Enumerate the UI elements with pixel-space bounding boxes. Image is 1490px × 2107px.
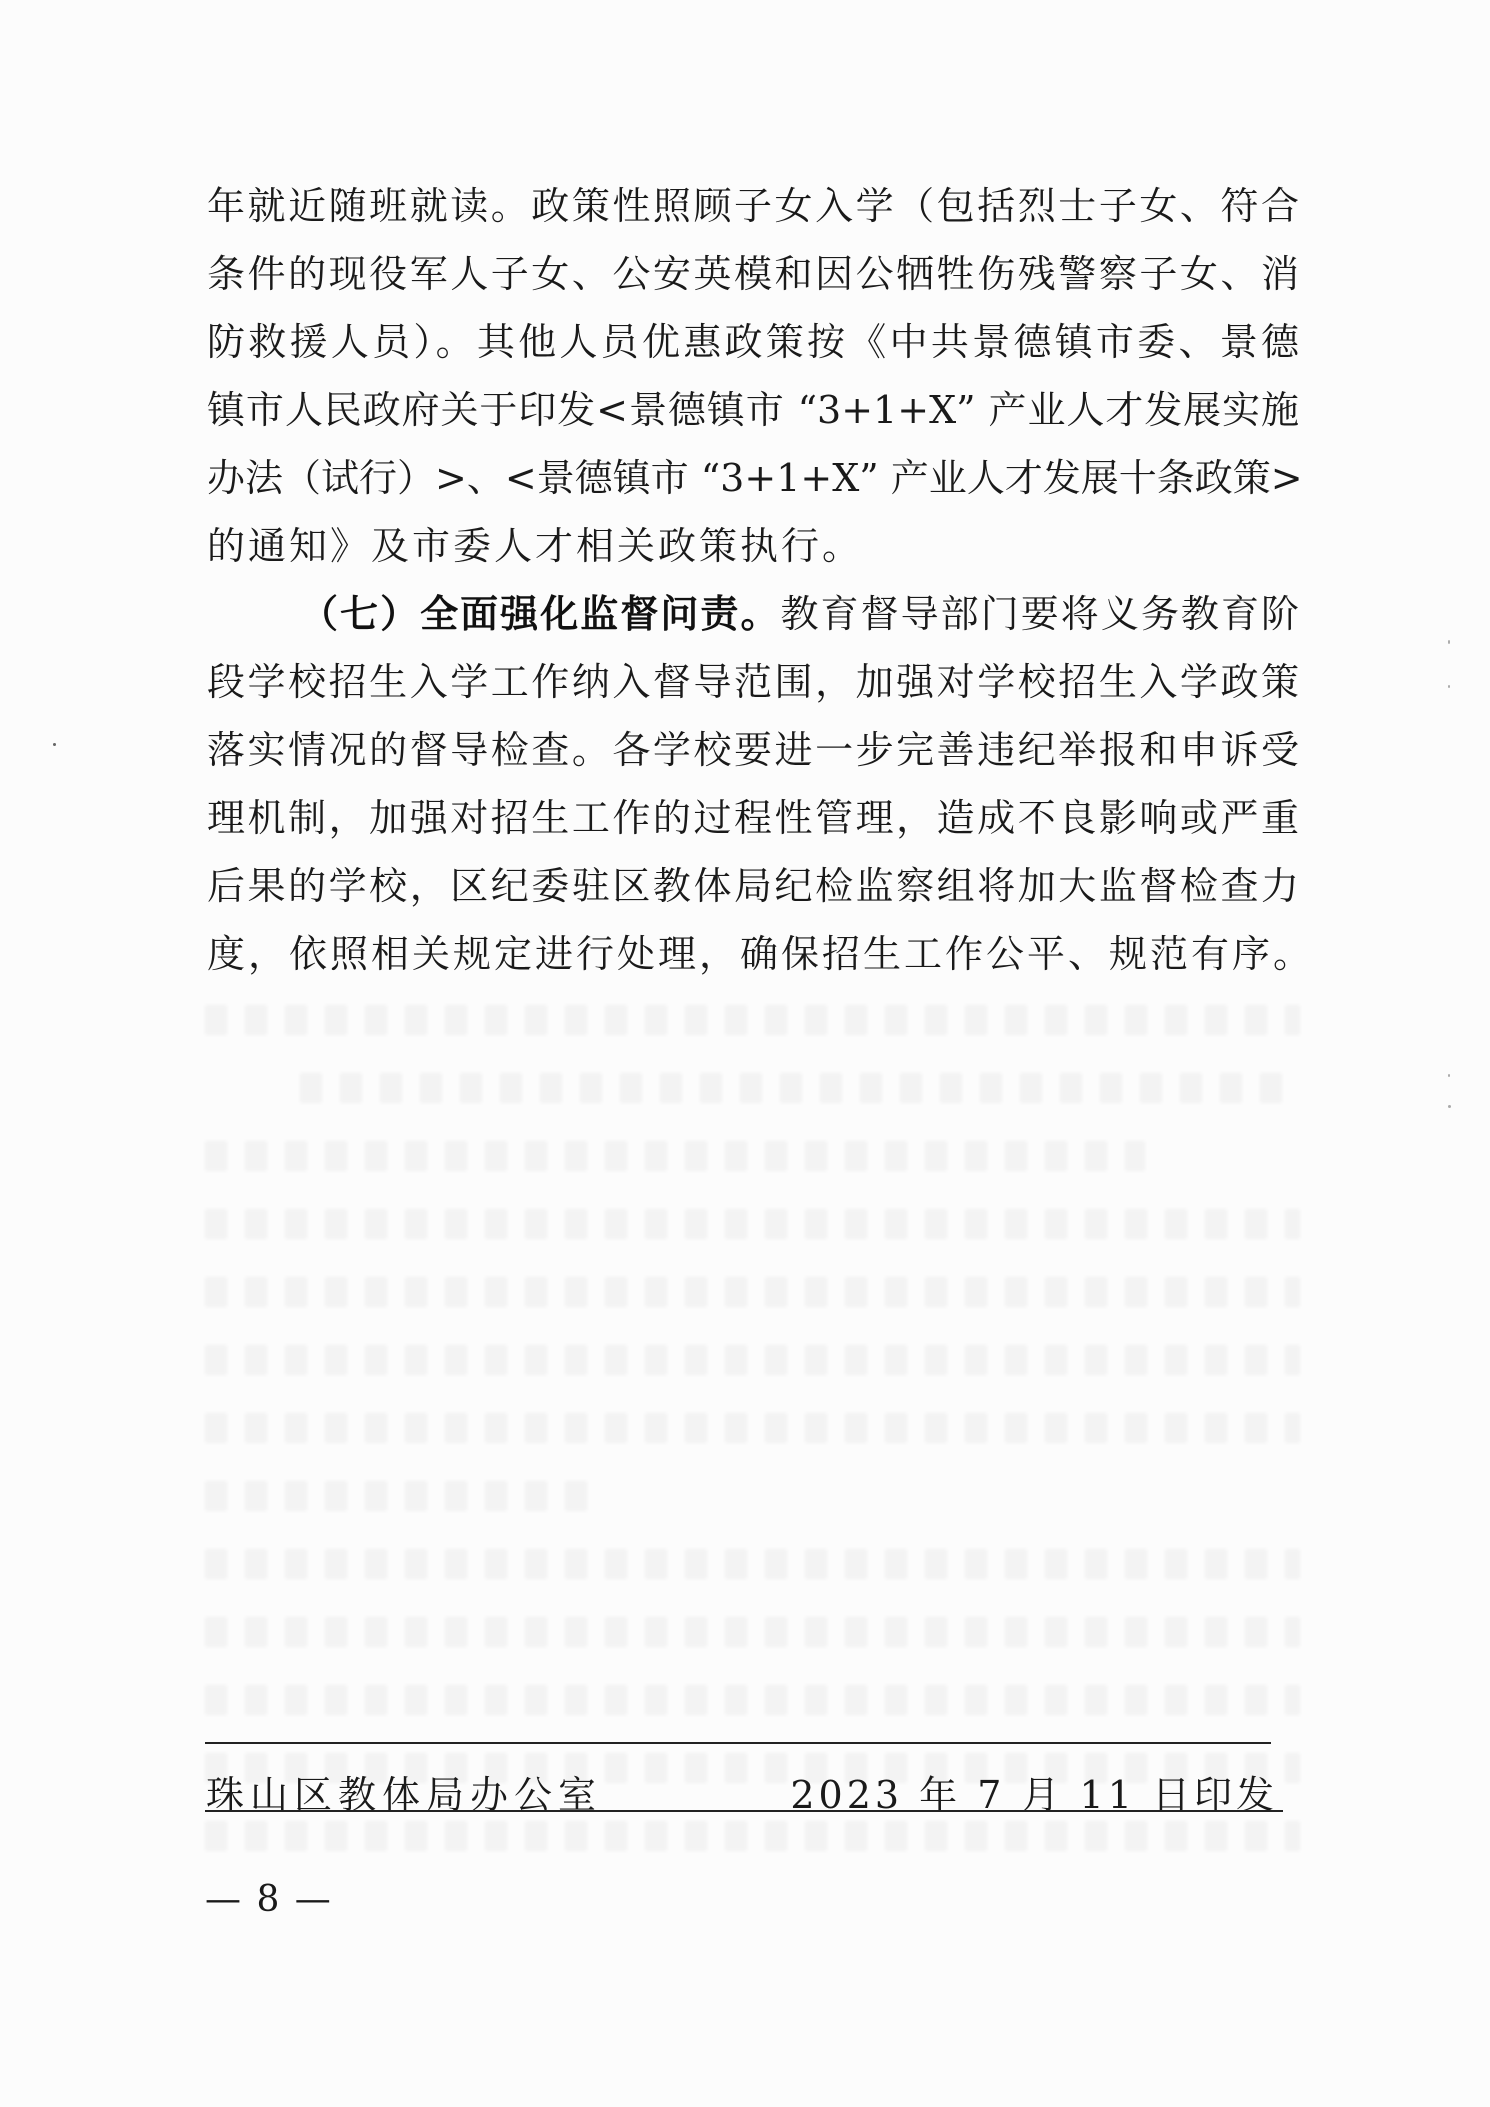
body-line: 的通知》及市委人才相关政策执行。: [207, 516, 1299, 576]
body-line: 理机制，加强对招生工作的过程性管理，造成不良影响或严重: [207, 788, 1299, 848]
scan-bleed-through: [205, 1821, 1300, 1851]
section-heading: （七）全面强化监督问责。: [300, 591, 781, 636]
scan-speck: [1448, 1074, 1450, 1077]
document-page: 年就近随班就读。政策性照顾子女入学（包括烈士子女、符合 条件的现役军人子女、公安…: [0, 0, 1490, 2107]
scan-bleed-through: [205, 1413, 1300, 1443]
page-number: — 8 —: [205, 1880, 333, 1920]
scan-bleed-through: [205, 1481, 605, 1511]
scan-speck: [1448, 685, 1450, 688]
body-line: 后果的学校，区纪委驻区教体局纪检监察组将加大监督检查力: [207, 856, 1299, 916]
body-line: 落实情况的督导检查。各学校要进一步完善违纪举报和申诉受: [207, 720, 1299, 780]
scan-bleed-through: [300, 1073, 1300, 1103]
scan-speck: [1448, 640, 1450, 644]
body-line: 段学校招生入学工作纳入督导范围，加强对学校招生入学政策: [207, 652, 1299, 712]
body-line: 度，依照相关规定进行处理，确保招生工作公平、规范有序。: [207, 924, 1299, 984]
issuer-name: 珠山区教体局办公室: [206, 1775, 602, 1815]
scan-speck: [1448, 1105, 1451, 1108]
scan-bleed-through: [205, 1617, 1300, 1647]
section-7-first-line: （七）全面强化监督问责。教育督导部门要将义务教育阶: [300, 584, 1299, 644]
issue-date: 2023 年 7 月 11 日印发: [790, 1775, 1278, 1815]
body-line: 办法（试行）>、<景德镇市 “3+1+X” 产业人才发展十条政策>: [207, 448, 1299, 508]
scan-bleed-through: [205, 1277, 1300, 1307]
scan-speck: [53, 743, 56, 746]
body-line: 镇市人民政府关于印发<景德镇市 “3+1+X” 产业人才发展实施: [207, 380, 1299, 440]
footer-bottom-rule: [205, 1810, 1283, 1812]
scan-bleed-through: [205, 1141, 1145, 1171]
scan-bleed-through: [205, 1549, 1300, 1579]
footer-top-rule: [205, 1742, 1271, 1744]
scan-bleed-through: [205, 1345, 1300, 1375]
scan-bleed-through: [205, 1005, 1300, 1035]
section-text: 教育督导部门要将义务教育阶: [781, 592, 1300, 636]
body-line: 年就近随班就读。政策性照顾子女入学（包括烈士子女、符合: [207, 176, 1299, 236]
scan-bleed-through: [205, 1209, 1300, 1239]
body-line: 条件的现役军人子女、公安英模和因公牺牲伤残警察子女、消: [207, 244, 1299, 304]
body-line: 防救援人员）。其他人员优惠政策按《中共景德镇市委、景德: [207, 312, 1299, 372]
scan-bleed-through: [205, 1685, 1300, 1715]
